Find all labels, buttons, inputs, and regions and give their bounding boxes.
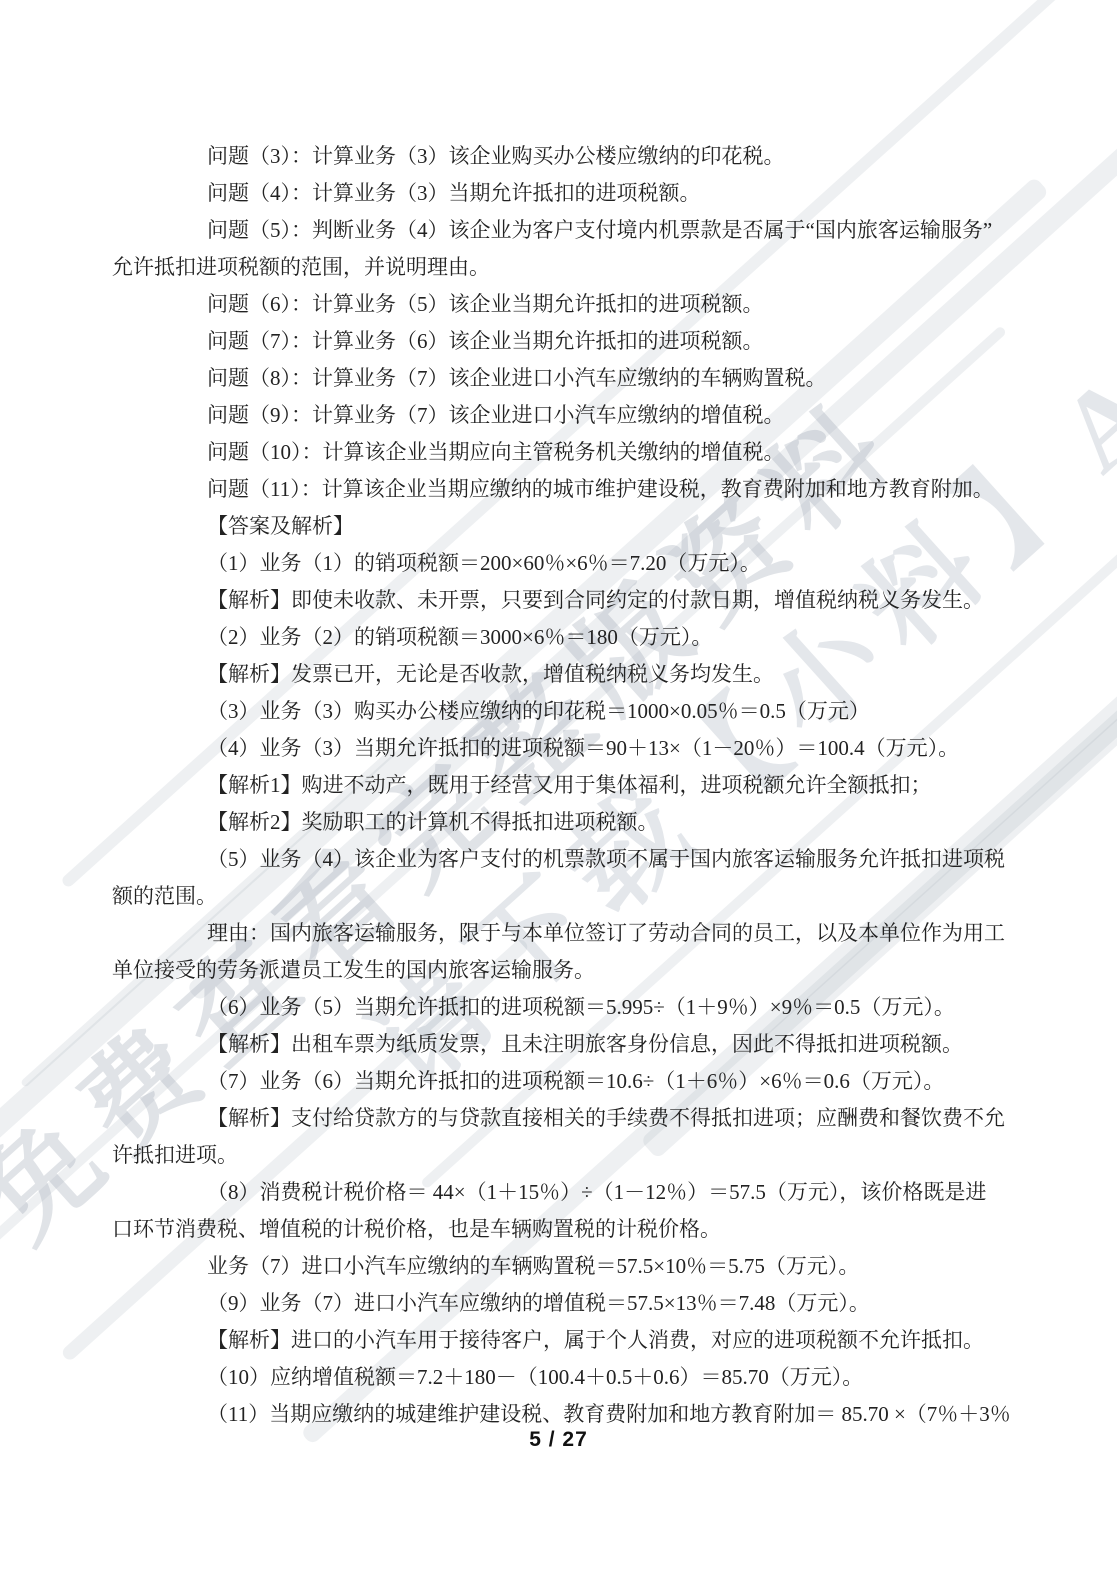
text-line: 口环节消费税、增值税的计税价格，也是车辆购置税的计税价格。 xyxy=(112,1211,1008,1248)
page-number: 5 / 27 xyxy=(0,1428,1117,1452)
text-line: 【解析】发票已开，无论是否收款，增值税纳税义务均发生。 xyxy=(112,656,1008,693)
text-line: 问题（9）：计算业务（7）该企业进口小汽车应缴纳的增值税。 xyxy=(112,397,1008,434)
text-line: （9）业务（7）进口小汽车应缴纳的增值税＝57.5×13％＝7.48（万元）。 xyxy=(112,1285,1008,1322)
text-line: （10）应纳增值税额＝7.2＋180－（100.4＋0.5＋0.6）＝85.70… xyxy=(112,1359,1008,1396)
text-line: 问题（4）：计算业务（3）当期允许抵扣的进项税额。 xyxy=(112,175,1008,212)
text-line: 【答案及解析】 xyxy=(112,508,1008,545)
text-line: 问题（3）：计算业务（3）该企业购买办公楼应缴纳的印花税。 xyxy=(112,138,1008,175)
text-line: 【解析2】奖励职工的计算机不得抵扣进项税额。 xyxy=(112,804,1008,841)
text-line: 【解析1】购进不动产，既用于经营又用于集体福利，进项税额允许全额抵扣； xyxy=(112,767,1008,804)
text-line: （7）业务（6）当期允许抵扣的进项税额＝10.6÷（1＋6％）×6％＝0.6（万… xyxy=(112,1063,1008,1100)
text-line: （8）消费税计税价格＝ 44×（1＋15％）÷（1－12％）＝57.5（万元），… xyxy=(112,1174,1008,1211)
text-line: 问题（10）：计算该企业当期应向主管税务机关缴纳的增值税。 xyxy=(112,434,1008,471)
text-line: 单位接受的劳务派遣员工发生的国内旅客运输服务。 xyxy=(112,952,1008,989)
text-line: 【解析】支付给贷款方的与贷款直接相关的手续费不得抵扣进项；应酬费和餐饮费不允 xyxy=(112,1100,1008,1137)
text-line: （2）业务（2）的销项税额＝3000×6％＝180（万元）。 xyxy=(112,619,1008,656)
text-line: （6）业务（5）当期允许抵扣的进项税额＝5.995÷（1＋9％）×9％＝0.5（… xyxy=(112,989,1008,1026)
text-line: （3）业务（3）购买办公楼应缴纳的印花税＝1000×0.05％＝0.5（万元） xyxy=(112,693,1008,730)
text-line: 【解析】出租车票为纸质发票，且未注明旅客身份信息，因此不得抵扣进项税额。 xyxy=(112,1026,1008,1063)
text-line: 问题（5）：判断业务（4）该企业为客户支付境内机票款是否属于“国内旅客运输服务” xyxy=(112,212,1008,249)
text-line: 问题（8）：计算业务（7）该企业进口小汽车应缴纳的车辆购置税。 xyxy=(112,360,1008,397)
text-line: 【解析】进口的小汽车用于接待客户，属于个人消费，对应的进项税额不允许抵扣。 xyxy=(112,1322,1008,1359)
content: 问题（3）：计算业务（3）该企业购买办公楼应缴纳的印花税。问题（4）：计算业务（… xyxy=(112,138,1008,1433)
text-line: 业务（7）进口小汽车应缴纳的车辆购置税＝57.5×10％＝5.75（万元）。 xyxy=(112,1248,1008,1285)
text-line: 问题（6）：计算业务（5）该企业当期允许抵扣的进项税额。 xyxy=(112,286,1008,323)
text-line: 问题（7）：计算业务（6）该企业当期允许抵扣的进项税额。 xyxy=(112,323,1008,360)
text-line: 允许抵扣进项税额的范围，并说明理由。 xyxy=(112,249,1008,286)
text-line: （5）业务（4）该企业为客户支付的机票款项不属于国内旅客运输服务允许抵扣进项税 xyxy=(112,841,1008,878)
text-line: 许抵扣进项。 xyxy=(112,1137,1008,1174)
text-line: （1）业务（1）的销项税额＝200×60％×6％＝7.20（万元）。 xyxy=(112,545,1008,582)
text-line: 额的范围。 xyxy=(112,878,1008,915)
text-line: 【解析】即使未收款、未开票，只要到合同约定的付款日期，增值税纳税义务发生。 xyxy=(112,582,1008,619)
text-line: 问题（11）：计算该企业当期应缴纳的城市维护建设税，教育费附加和地方教育附加。 xyxy=(112,471,1008,508)
text-line: （4）业务（3）当期允许抵扣的进项税额＝90＋13×（1－20％）＝100.4（… xyxy=(112,730,1008,767)
text-line: 理由：国内旅客运输服务，限于与本单位签订了劳动合同的员工，以及本单位作为用工 xyxy=(112,915,1008,952)
document-page: 免费查看完整版资料 请下载【小料】APP 问题（3）：计算业务（3）该企业购买办… xyxy=(0,0,1117,1579)
